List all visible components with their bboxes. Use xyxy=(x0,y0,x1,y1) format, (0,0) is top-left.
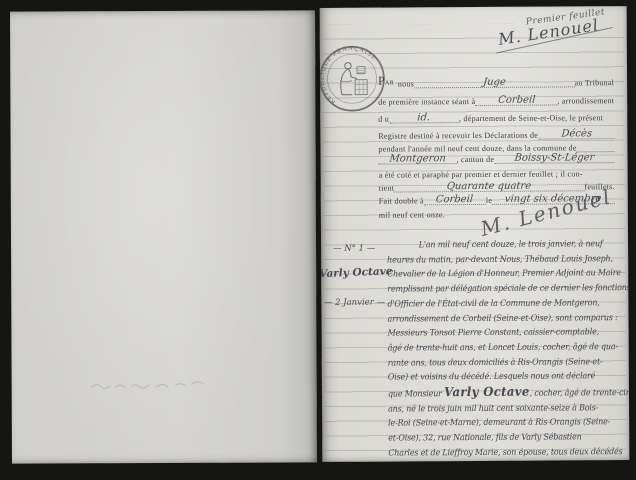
printed-du: d u xyxy=(378,115,389,124)
act-line: âgé de trente-huit ans, et Loncet Louis,… xyxy=(388,340,621,356)
printed-mil-neuf-cent-onze: mil neuf cent onze. xyxy=(379,210,445,219)
printed-fait-double: Fait double à xyxy=(379,196,424,205)
printed-par: Par xyxy=(378,73,394,88)
margin-act-number: — N° 1 — xyxy=(327,244,381,254)
deceased-name: Varly Octave xyxy=(444,384,530,400)
act-line: d'Officier de l'État-civil de la Commune… xyxy=(387,296,620,312)
form-line-6: Montgeron , canton de Boissy-St-Léger xyxy=(378,150,614,164)
svg-text:RÉPUBLIQUE FRANÇAISE: RÉPUBLIQUE FRANÇAISE xyxy=(320,45,379,106)
form-line-2: de première instance séant à Corbeil , a… xyxy=(378,92,614,106)
hw-judge: Juge xyxy=(482,77,506,88)
printed-canton: , canton de xyxy=(457,155,495,164)
blank-commune: Montgeron xyxy=(378,149,456,164)
act-line: heures du matin, par-devant Nous, Thébau… xyxy=(387,252,620,268)
act-line: remplissant par délégation spéciale de c… xyxy=(387,281,620,297)
hw-fait-city: Corbeil xyxy=(436,194,474,205)
act-line: ans, né le trois juin mil huit cent soix… xyxy=(388,401,621,417)
register-first-page: RÉPUBLIQUE FRANÇAISE Premier feuillet M.… xyxy=(320,6,630,462)
blank-judge: Juge xyxy=(414,72,575,88)
printed-arrondissement: , arrondissement xyxy=(557,96,614,105)
act-line: arrondissement de Corbeil (Seine-et-Oise… xyxy=(387,311,620,327)
margin-act-date: — 2 Janvier — xyxy=(323,298,385,308)
act-line: et-Oise), 32, rue Nationale, fils de Var… xyxy=(388,430,621,446)
act-line: Chevalier de la Légion d'Honneur, Premie… xyxy=(387,267,620,283)
republique-francaise-stamp-icon: RÉPUBLIQUE FRANÇAISE xyxy=(320,45,387,113)
hw-idem: id. xyxy=(417,112,431,123)
blank-court-city: Corbeil xyxy=(475,90,557,106)
printed-tribunal: au Tribunal xyxy=(575,78,614,87)
act-body: L'an mil neuf cent douze, le trois janvi… xyxy=(387,237,621,461)
form-line-1: Par nous Juge au Tribunal xyxy=(378,74,614,88)
printed-departement: , département de Seine-et-Oise, le prése… xyxy=(459,113,603,123)
act-line: Charles et de Lieffroy Marie, son épouse… xyxy=(388,445,621,461)
pencil-marks xyxy=(88,377,218,394)
act-line: L'an mil neuf cent douze, le trois janvi… xyxy=(387,237,620,253)
printed-instance: de première instance séant à xyxy=(378,97,475,107)
act-name-post: , cocher, âgé de trente-cinq xyxy=(530,388,630,399)
printed-nous: nous xyxy=(398,79,414,88)
hw-commune: Montgeron xyxy=(389,153,446,164)
act-line: rante ans, tous deux domiciliés à Ris-Or… xyxy=(388,355,621,371)
blank-left-page xyxy=(10,10,317,463)
blank-canton: Boissy-St-Léger xyxy=(494,148,614,164)
blank-fait-city: Corbeil xyxy=(424,190,486,205)
act-line: le-Roi (Seine-et-Marne), demeurant à Ris… xyxy=(388,416,621,432)
margin-deceased-name: Varly Octave xyxy=(320,265,392,280)
printed-tient: tient xyxy=(379,183,395,192)
form-line-3: d u id. , département de Seine-et-Oise, … xyxy=(378,109,614,123)
seated-figure-icon xyxy=(340,62,367,94)
act-line-deceased: que Monsieur Varly Octave, cocher, âgé d… xyxy=(388,384,621,402)
scanned-register-spread: RÉPUBLIQUE FRANÇAISE Premier feuillet M.… xyxy=(0,0,636,480)
act-name-pre: que Monsieur xyxy=(388,389,444,399)
hw-canton: Boissy-St-Léger xyxy=(514,152,595,163)
act-line: Messieurs Tonsot Pierre Constant, caissi… xyxy=(388,325,621,341)
blank-arrondissement: id. xyxy=(389,108,459,123)
hw-court-city: Corbeil xyxy=(497,95,535,106)
